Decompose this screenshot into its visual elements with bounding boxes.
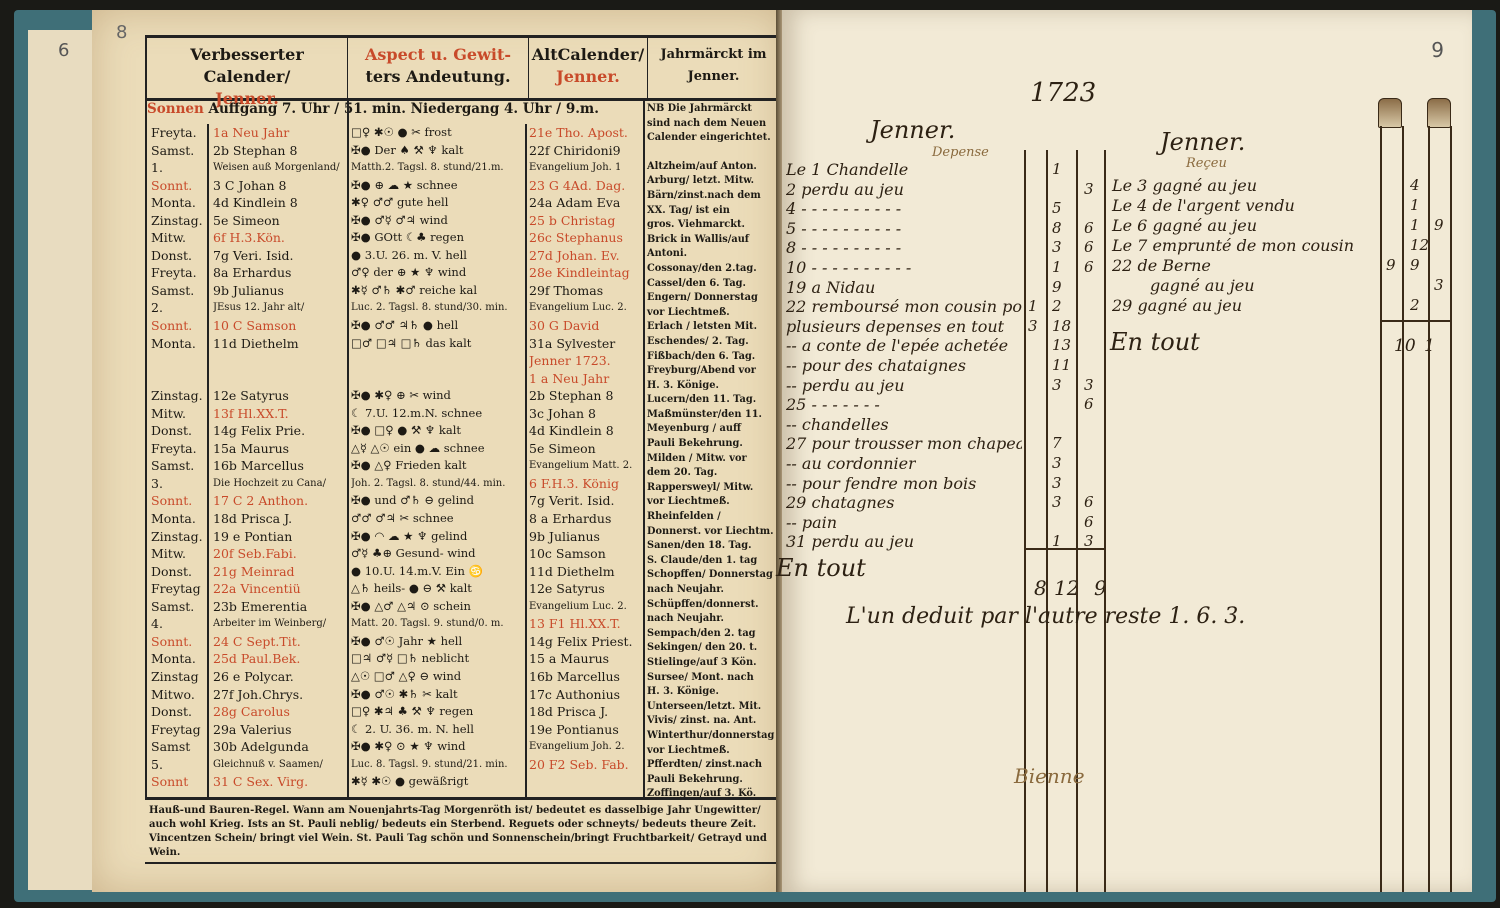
calendar-cell: ✠● ♂☿ ♂♃ wind (351, 212, 523, 230)
calendar-cell: Freyta. (151, 440, 207, 458)
calendar-cell: 13f Hl.XX.T. (213, 405, 345, 423)
expense-amount: 8 (1052, 219, 1062, 237)
market-entry: Maßmünster/den 11. (647, 408, 775, 423)
expense-amount: 11 (1052, 356, 1071, 374)
expense-total-a: 8 (1034, 576, 1047, 600)
expense-entry: -- pour des chataignes (786, 356, 966, 375)
calendar-cell: 22a Vincentiü (213, 580, 345, 598)
header-old-calendar-month: Jenner. (529, 66, 647, 88)
expense-amount: 1 (1052, 160, 1062, 178)
calendar-cell: 12e Satyrus (213, 387, 345, 405)
calendar-cell: Sonnt. (151, 633, 207, 651)
expense-entry: -- pour fendre mon bois (786, 474, 976, 493)
expense-amount: 3 (1052, 493, 1062, 511)
calendar-cell: 19e Pontianus (529, 721, 641, 739)
column-scroll-ornament (1427, 98, 1451, 128)
calendar-cell: 25d Paul.Bek. (213, 650, 345, 668)
new-calendar-column: 1a Neu Jahr2b Stephan 8Weisen auß Morgen… (213, 124, 345, 791)
calendar-cell (351, 370, 523, 388)
column-divider (525, 124, 527, 798)
header-markets: Jahrmärckt im Jenner. (648, 38, 779, 98)
calendar-cell: Samst. (151, 282, 207, 300)
calendar-table: Verbesserter Calender/ Jenner. Aspect u.… (145, 35, 781, 798)
signature: Bienne (1014, 764, 1085, 788)
calendar-cell: □♀ ✱♃ ♣ ⚒ ♆ regen (351, 703, 523, 721)
calendar-cell: Gleichnuß v. Saamen/ (213, 756, 345, 774)
calendar-cell: ✱☿ ♂♄ ✱♂ reiche kal (351, 282, 523, 300)
calendar-cell: 1a Neu Jahr (213, 124, 345, 142)
calendar-cell: Matth.2. Tagsl. 8. stund/21.m. (351, 159, 523, 177)
calendar-cell: Matt. 20. Tagsl. 9. stund/0. m. (351, 615, 523, 633)
expense-amount: 3 (1052, 474, 1062, 492)
sun-times: Auffgang 7. Uhr / 51. min. Niedergang 4.… (209, 101, 599, 117)
calendar-cell: Sonnt. (151, 492, 207, 510)
calendar-cell: Samst (151, 738, 207, 756)
market-entry: Rheinfelden / Donnerst. vor Liechtm. (647, 510, 775, 539)
calendar-cell: ♂☿ ♣⊕ Gesund- wind (351, 545, 523, 563)
calendar-cell: 13 F1 Hl.XX.T. (529, 615, 641, 633)
expense-amount: 6 (1084, 493, 1094, 511)
calendar-cell: Donst. (151, 703, 207, 721)
calendar-cell: ✠● ♂☉ ✱♄ ✂ kalt (351, 686, 523, 704)
calendar-cell: ☾ 2. U. 36. m. N. hell (351, 721, 523, 739)
calendar-cell: Evangelium Joh. 1 (529, 159, 641, 177)
calendar-cell: 7g Veri. Isid. (213, 247, 345, 265)
expense-entry: plusieurs depenses en tout (786, 317, 1004, 336)
calendar-cell: 21g Meinrad (213, 563, 345, 581)
expense-amount: 18 (1052, 317, 1071, 335)
calendar-cell: 21e Tho. Apost. (529, 124, 641, 142)
header-old-calendar: AltCalender/ Jenner. (529, 38, 648, 98)
expense-month: Jenner. (870, 116, 955, 144)
header-old-calendar-title: AltCalender/ (529, 44, 647, 66)
calendar-cell: Luc. 8. Tagsl. 9. stund/21. min. (351, 756, 523, 774)
expense-entry: 25 - - - - - - - (786, 395, 880, 414)
calendar-cell: 27f Joh.Chrys. (213, 686, 345, 704)
calendar-cell: ✠● ✱♀ ⊙ ★ ♆ wind (351, 738, 523, 756)
calendar-cell: ✠● GOtt ☾♣ regen (351, 229, 523, 247)
receipt-amount: 12 (1410, 236, 1429, 254)
calendar-cell: Zinstag. (151, 528, 207, 546)
column-scroll-ornament (1378, 98, 1402, 128)
calendar-cell: 17c Authonius (529, 686, 641, 704)
calendar-cell (351, 352, 523, 370)
old-calendar-column: 21e Tho. Apost.22f Chiridoni9Evangelium … (529, 124, 641, 773)
expense-entry: -- au cordonnier (786, 454, 916, 473)
calendar-cell: 5. (151, 756, 207, 774)
calendar-cell: Sonnt. (151, 317, 207, 335)
page-number-ledger: 9 (1431, 38, 1444, 62)
calendar-cell: Monta. (151, 335, 207, 353)
calendar-cell: 17 C 2 Anthon. (213, 492, 345, 510)
calendar-cell: 18d Prisca J. (213, 510, 345, 528)
calendar-cell: 15a Maurus (213, 440, 345, 458)
market-entry: Pfferdten/ zinst.nach (647, 758, 775, 773)
receipt-month: Jenner. (1160, 128, 1245, 156)
calendar-cell: ✠● ◠ ☁ ★ ♆ gelind (351, 528, 523, 546)
market-entry: Milden / Mitw. vor (647, 452, 775, 467)
calendar-cell: ✠● ✱♀ ⊕ ✂ wind (351, 387, 523, 405)
market-entry: Brick in Wallis/auf (647, 233, 775, 248)
calendar-cell: △☿ △☉ ein ● ☁ schnee (351, 440, 523, 458)
calendar-cell: ✠● ♂☉ Jahr ★ hell (351, 633, 523, 651)
calendar-cell: Zinstag (151, 668, 207, 686)
calendar-cell: 27d Johan. Ev. (529, 247, 641, 265)
expense-amount: 6 (1084, 258, 1094, 276)
sun-row: Sonnen Auffgang 7. Uhr / 51. min. Nieder… (147, 101, 637, 117)
market-entry: XX. Tag/ ist ein (647, 204, 775, 219)
expense-entry: 5 - - - - - - - - - - (786, 219, 901, 238)
column-divider (347, 101, 349, 798)
calendar-cell: Evangelium Joh. 2. (529, 738, 641, 756)
calendar-cell: Evangelium Luc. 2. (529, 598, 641, 616)
calendar-cell: 30b Adelgunda (213, 738, 345, 756)
receipt-amount: 9 (1434, 216, 1444, 234)
weather-column: □♀ ✱☉ ● ✂ frost✠● Der ♠ ⚒ ♆ kaltMatth.2.… (351, 124, 523, 791)
expense-subtitle: Depense (932, 145, 989, 160)
calendar-cell: ✠● ♂♂ ♃♄ ● hell (351, 317, 523, 335)
receipt-entry: Le 3 gagné au jeu (1112, 176, 1257, 195)
calendar-cell: Arbeiter im Weinberg/ (213, 615, 345, 633)
expense-amount: 3 (1052, 376, 1062, 394)
calendar-cell: 20 F2 Seb. Fab. (529, 756, 641, 774)
calendar-cell: 2b Stephan 8 (529, 387, 641, 405)
header-new-calendar-title: Verbesserter Calender/ (147, 44, 347, 88)
receipt-amount: 9 (1386, 256, 1396, 274)
expense-entry: -- a conte de l'epée achetée (786, 336, 1008, 355)
market-entry: Schüpffen/donnerst. (647, 598, 775, 613)
calendar-cell: ♂♂ ♂♃ ✂ schnee (351, 510, 523, 528)
calendar-cell: 22f Chiridoni9 (529, 142, 641, 160)
calendar-cell: Die Hochzeit zu Cana/ (213, 475, 345, 493)
calendar-cell: Mitw. (151, 405, 207, 423)
calendar-cell: 10c Samson (529, 545, 641, 563)
calendar-cell: 3c Johan 8 (529, 405, 641, 423)
calendar-cell: △☉ □♂ △♀ ⊖ wind (351, 668, 523, 686)
header-new-calendar: Verbesserter Calender/ Jenner. (147, 38, 348, 98)
receipt-amount: 1 (1410, 196, 1420, 214)
expense-amount: 5 (1052, 199, 1062, 217)
expense-amount: 1 (1028, 297, 1038, 315)
market-entry: Antoni. (647, 247, 775, 262)
header-aspect-title: Aspect u. Gewit- (348, 44, 528, 66)
calendar-cell: 26c Stephanus (529, 229, 641, 247)
calendar-cell: 31a Sylvester (529, 335, 641, 353)
calendar-cell: 5e Simeon (529, 440, 641, 458)
calendar-cell: ● 10.U. 14.m.V. Ein ♋ (351, 563, 523, 581)
calendar-cell: Donst. (151, 563, 207, 581)
market-entry: Arburg/ letzt. Mitw. (647, 174, 775, 189)
ledger-rule (1104, 150, 1106, 892)
expense-amount: 13 (1052, 336, 1071, 354)
calendar-cell: ✱☿ ✱☉ ● gewäßrigt (351, 773, 523, 791)
ledger-page: 9 1723 Jenner. Depense Le 1 Chandelle12 … (782, 10, 1472, 892)
calendar-cell: 16b Marcellus (529, 668, 641, 686)
calendar-cell: 20f Seb.Fabi. (213, 545, 345, 563)
calendar-cell: △♄ heils- ● ⊖ ⚒ kalt (351, 580, 523, 598)
expense-entry: 8 - - - - - - - - - - (786, 238, 901, 257)
calendar-cell: Mitw. (151, 229, 207, 247)
receipt-amount: 2 (1410, 296, 1420, 314)
expense-entry: 2 perdu au jeu (786, 180, 904, 199)
calendar-cell: ✱♀ ♂♂ gute hell (351, 194, 523, 212)
receipt-rule (1402, 126, 1404, 892)
column-divider (643, 101, 645, 798)
calendar-cell: 1. (151, 159, 207, 177)
calendar-cell: 9b Julianus (529, 528, 641, 546)
market-entry: Sekingen/ den 20. t. (647, 641, 775, 656)
market-entry: Pauli Bekehrung. (647, 437, 775, 452)
market-entry: Erlach / letsten Mit. (647, 320, 775, 335)
calendar-cell: ♂♀ der ⊕ ★ ♆ wind (351, 264, 523, 282)
market-entry: Sempach/den 2. tag (647, 627, 775, 642)
calendar-cell: Samst. (151, 142, 207, 160)
calendar-cell: Jenner 1723. (529, 352, 641, 370)
calendar-header: Verbesserter Calender/ Jenner. Aspect u.… (147, 38, 779, 101)
calendar-cell: Freytag (151, 580, 207, 598)
receipt-total-line (1380, 320, 1450, 322)
page-number-calendar: 8 (116, 22, 127, 43)
calendar-cell: Sonnt. (151, 177, 207, 195)
receipt-entry: Le 4 de l'argent vendu (1112, 196, 1295, 215)
sun-label: Sonnen (147, 101, 204, 117)
market-entry: Pauli Bekehrung. (647, 773, 775, 788)
market-entry: Schopffen/ Donnerstag nach Neujahr. (647, 568, 775, 597)
ledger-year: 1723 (1030, 78, 1096, 108)
expense-amount: 3 (1084, 376, 1094, 394)
calendar-cell: □♃ ♂☿ □♄ neblicht (351, 650, 523, 668)
market-entry: Bärn/zinst.nach dem (647, 189, 775, 204)
calendar-cell: Mitw. (151, 545, 207, 563)
receipt-amount: 4 (1410, 176, 1420, 194)
expense-amount: 6 (1084, 238, 1094, 256)
calendar-cell: 2b Stephan 8 (213, 142, 345, 160)
market-entry: H. 3. Könige. (647, 685, 775, 700)
calendar-cell (151, 352, 207, 370)
calendar-cell: 15 a Maurus (529, 650, 641, 668)
calendar-cell: 8 a Erhardus (529, 510, 641, 528)
calendar-cell: Evangelium Luc. 2. (529, 299, 641, 317)
market-entry: S. Claude/den 1. tag (647, 554, 775, 569)
calendar-cell: Monta. (151, 650, 207, 668)
calendar-cell: 3 C Johan 8 (213, 177, 345, 195)
header-aspect: Aspect u. Gewit- ters Andeutung. (348, 38, 529, 98)
calendar-cell: 1 a Neu Jahr (529, 370, 641, 388)
market-entry: Cassel/den 6. Tag. (647, 277, 775, 292)
receipt-rule (1428, 126, 1430, 892)
calendar-cell: 23b Emerentia (213, 598, 345, 616)
calendar-cell: 30 G David (529, 317, 641, 335)
ledger-total-line (1024, 548, 1104, 550)
calendar-cell: 6f H.3.Kön. (213, 229, 345, 247)
market-entry: Eschendes/ 2. Tag. (647, 335, 775, 350)
calendar-cell: ✠● △♂ △♃ ⊙ schein (351, 598, 523, 616)
expense-amount: 3 (1028, 317, 1038, 335)
calendar-cell (151, 370, 207, 388)
calendar-cell: 5e Simeon (213, 212, 345, 230)
calendar-cell: 29f Thomas (529, 282, 641, 300)
calendar-cell: Zinstag. (151, 212, 207, 230)
expense-amount: 1 (1052, 258, 1062, 276)
calendar-cell: 25 b Christag (529, 212, 641, 230)
calendar-cell: Freytag (151, 721, 207, 739)
calendar-cell: Freyta. (151, 124, 207, 142)
calendar-cell: □♂ □♃ □♄ das kalt (351, 335, 523, 353)
market-entry: Altzheim/auf Anton. (647, 160, 775, 175)
calendar-cell: 26 e Polycar. (213, 668, 345, 686)
market-entry: vor Liechtmeß. (647, 495, 775, 510)
expense-amount: 3 (1052, 238, 1062, 256)
calendar-cell (213, 352, 345, 370)
market-entry: Vivis/ zinst. na. Ant. (647, 714, 775, 729)
header-aspect-subtitle: ters Andeutung. (348, 66, 528, 88)
expense-amount: 7 (1052, 434, 1062, 452)
calendar-cell: ● 3.U. 26. m. V. hell (351, 247, 523, 265)
receipt-entry: Le 6 gagné au jeu (1112, 216, 1257, 235)
calendar-cell: ✠● ⊕ ☁ ★ schnee (351, 177, 523, 195)
calendar-cell: ✠● △♀ Frieden kalt (351, 457, 523, 475)
calendar-cell: 6 F.H.3. König (529, 475, 641, 493)
expense-entry: -- chandelles (786, 415, 889, 434)
calendar-cell: 9b Julianus (213, 282, 345, 300)
calendar-cell: 14g Felix Prie. (213, 422, 345, 440)
receipt-amount: 3 (1434, 276, 1444, 294)
receipt-amount: 1 (1410, 216, 1420, 234)
expense-amount: 3 (1052, 454, 1062, 472)
market-entry: Meyenburg / auff (647, 422, 775, 437)
market-entry: Engern/ Donnerstag (647, 291, 775, 306)
market-entry: Fißbach/den 6. Tag. (647, 350, 775, 365)
calendar-cell (213, 370, 345, 388)
calendar-cell: 28g Carolus (213, 703, 345, 721)
receipt-total-a: 10 (1394, 336, 1416, 356)
receipt-amount: 9 (1410, 256, 1420, 274)
calendar-cell: Samst. (151, 457, 207, 475)
expense-entry: 31 perdu au jeu (786, 532, 914, 551)
receipt-rule (1450, 126, 1452, 892)
calendar-cell: 16b Marcellus (213, 457, 345, 475)
column-divider (207, 124, 209, 798)
calendar-cell: 24a Adam Eva (529, 194, 641, 212)
market-entry: nach Neujahr. (647, 612, 775, 627)
calendar-cell: 14g Felix Priest. (529, 633, 641, 651)
expense-entry: 19 a Nidau (786, 278, 875, 297)
expense-entry: -- perdu au jeu (786, 376, 905, 395)
calendar-cell: Mitwo. (151, 686, 207, 704)
calendar-cell: 4d Kindlein 8 (213, 194, 345, 212)
calendar-cell: Joh. 2. Tagsl. 8. stund/44. min. (351, 475, 523, 493)
calendar-cell: Donst. (151, 422, 207, 440)
receipt-subtitle: Reçeu (1186, 156, 1227, 171)
calendar-cell: Zinstag. (151, 387, 207, 405)
market-entry: vor Liechtmeß. (647, 306, 775, 321)
market-entry: Sursee/ Mont. nach (647, 671, 775, 686)
expense-entry: 22 remboursé mon cousin pour (786, 297, 1022, 316)
calendar-cell: ✠● und ♂♄ ⊖ gelind (351, 492, 523, 510)
expense-total-label: En tout (776, 554, 866, 582)
calendar-cell: Weisen auß Morgenland/ (213, 159, 345, 177)
calendar-cell: Samst. (151, 598, 207, 616)
calendar-cell: 3. (151, 475, 207, 493)
calendar-cell: 7g Verit. Isid. (529, 492, 641, 510)
market-entry: Stielinge/auf 3 Kön. (647, 656, 775, 671)
receipt-entry: 29 gagné au jeu (1112, 296, 1242, 315)
calendar-cell: ✠● □♀ ● ⚒ ♆ kalt (351, 422, 523, 440)
receipt-entry: gagné au jeu (1150, 276, 1255, 295)
receipt-total-label: En tout (1110, 328, 1200, 356)
expense-entry: -- pain (786, 513, 837, 532)
market-entry: Sanen/den 18. Tag. (647, 539, 775, 554)
market-entry: Freyburg/Abend vor (647, 364, 775, 379)
calendar-cell: ☾ 7.U. 12.m.N. schnee (351, 405, 523, 423)
markets-column: NB Die Jahrmärckt sind nach dem Neuen Ca… (647, 102, 775, 802)
expense-entry: Le 1 Chandelle (786, 160, 908, 179)
market-entry: Winterthur/donnerstag vor Liechtmeß. (647, 729, 775, 758)
calendar-cell: 24 C Sept.Tit. (213, 633, 345, 651)
calendar-cell: Monta. (151, 194, 207, 212)
market-entry: Lucern/den 11. Tag. (647, 393, 775, 408)
calendar-cell: 31 C Sex. Virg. (213, 773, 345, 791)
calendar-cell: 12e Satyrus (529, 580, 641, 598)
expense-amount: 3 (1084, 180, 1094, 198)
calendar-cell: 28e Kindleintag (529, 264, 641, 282)
calendar-cell: ✠● Der ♠ ⚒ ♆ kalt (351, 142, 523, 160)
farmer-rules-footer: Hauß-und Bauren-Regel. Wann am Nouenjahr… (145, 797, 777, 864)
calendar-cell: 11d Diethelm (529, 563, 641, 581)
calendar-cell: 18d Prisca J. (529, 703, 641, 721)
calendar-cell: Donst. (151, 247, 207, 265)
page-number-underleaf: 6 (58, 40, 69, 61)
calendar-cell: 4. (151, 615, 207, 633)
calendar-cell: Freyta. (151, 264, 207, 282)
expense-entry: 29 chatagnes (786, 493, 894, 512)
calendar-cell: 4d Kindlein 8 (529, 422, 641, 440)
expense-entry: 4 - - - - - - - - - - (786, 199, 901, 218)
calendar-cell: 11d Diethelm (213, 335, 345, 353)
receipt-entry: 22 de Berne (1112, 256, 1211, 275)
receipt-entry: Le 7 emprunté de mon cousin (1112, 236, 1354, 255)
market-entry: Unterseen/letzt. Mit. (647, 700, 775, 715)
receipt-rule (1380, 126, 1382, 892)
calendar-cell: Monta. (151, 510, 207, 528)
calendar-cell: 8a Erhardus (213, 264, 345, 282)
expense-amount: 9 (1052, 278, 1062, 296)
market-entry: Cossonay/den 2.tag. (647, 262, 775, 277)
market-entry: gros. Viehmarckt. (647, 218, 775, 233)
calendar-cell: □♀ ✱☉ ● ✂ frost (351, 124, 523, 142)
expense-amount: 6 (1084, 513, 1094, 531)
calendar-cell: JEsus 12. Jahr alt/ (213, 299, 345, 317)
expense-entry: 27 pour trousser mon chapeau (786, 434, 1022, 453)
expense-amount: 6 (1084, 395, 1094, 413)
calendar-cell: 2. (151, 299, 207, 317)
calendar-cell: 23 G 4Ad. Dag. (529, 177, 641, 195)
calendar-cell: 29a Valerius (213, 721, 345, 739)
calendar-cell: 19 e Pontian (213, 528, 345, 546)
calendar-cell: Sonnt (151, 773, 207, 791)
market-entry: H. 3. Könige. (647, 379, 775, 394)
market-entry: Rappersweyl/ Mitw. (647, 481, 775, 496)
expense-entry: 10 - - - - - - - - - - (786, 258, 911, 277)
markets-note: NB Die Jahrmärckt sind nach dem Neuen Ca… (647, 102, 775, 146)
balance-note: L'un deduit par l'autre reste 1. 6. 3. (846, 604, 1245, 629)
expense-amount: 6 (1084, 219, 1094, 237)
calendar-cell: Luc. 2. Tagsl. 8. stund/30. min. (351, 299, 523, 317)
weekday-column: Freyta.Samst.1.Sonnt.Monta.Zinstag.Mitw.… (151, 124, 207, 791)
market-entry: dem 20. Tag. (647, 466, 775, 481)
calendar-page: 8 Verbesserter Calender/ Jenner. Aspect … (92, 10, 782, 892)
calendar-cell: Evangelium Matt. 2. (529, 457, 641, 475)
